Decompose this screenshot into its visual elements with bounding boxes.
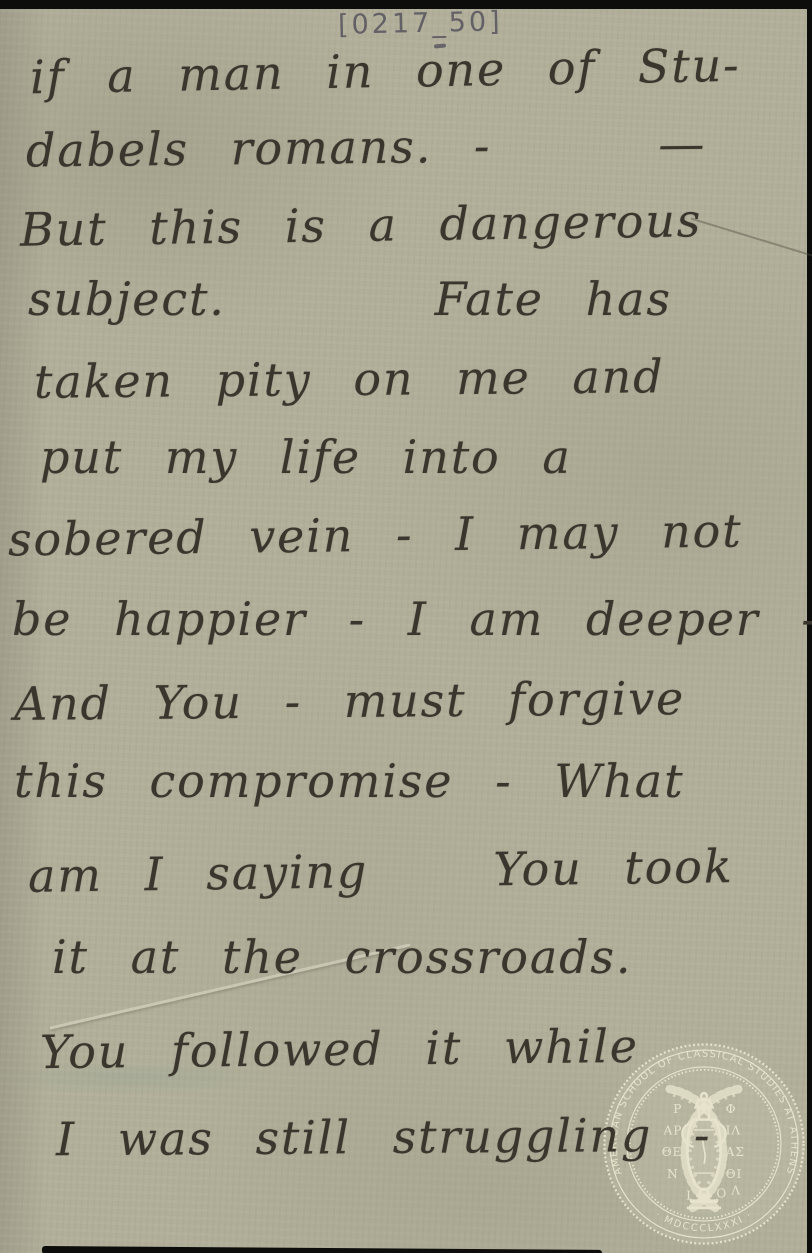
handwriting-line: subject. Fate has	[28, 272, 672, 326]
handwriting-line: dabels romans. - —	[26, 116, 707, 177]
seal-greek-right-1: Φ	[726, 1102, 737, 1116]
handwriting-line: am I saying You took	[28, 839, 734, 903]
archival-label: [0217_50]	[338, 6, 503, 40]
seal-greek-right-2: ΙΛ	[726, 1124, 742, 1138]
handwriting-line: But this is a dangerous	[20, 193, 703, 257]
scan-edge-bottom	[42, 1246, 602, 1253]
letter-page: [0217_50] AMERICAN SCHOOL OF CLASSICAL S…	[0, 0, 812, 1253]
handwriting-line: be happier - I am deeper -	[12, 592, 812, 646]
paper-crease-small	[691, 218, 812, 261]
handwriting-line: if a man in one of Stu-	[30, 38, 741, 104]
seal-greek-bottom-2: Ο	[716, 1187, 727, 1201]
handwriting-line: put my life into a	[40, 430, 572, 484]
handwriting-line: And You - must forgive	[14, 671, 686, 731]
handwriting-line: it at the crossroads.	[52, 930, 632, 984]
seal-greek-bottom-1: Ι	[686, 1188, 692, 1202]
seal-greek-right-4: ΘΙ	[726, 1167, 743, 1181]
seal-greek-left-4: Ν	[667, 1167, 679, 1181]
seal-greek-right-3: ΑΣ	[725, 1145, 745, 1159]
handwriting-line: I was still struggling -	[56, 1108, 712, 1167]
handwriting-line: taken pity on me and	[34, 349, 665, 408]
seal-greek-right-5: Λ	[730, 1184, 741, 1198]
handwriting-line: You followed it while	[40, 1019, 639, 1079]
handwriting-line: sobered vein - I may not	[8, 504, 743, 567]
handwriting-line: this compromise - What	[14, 754, 684, 808]
